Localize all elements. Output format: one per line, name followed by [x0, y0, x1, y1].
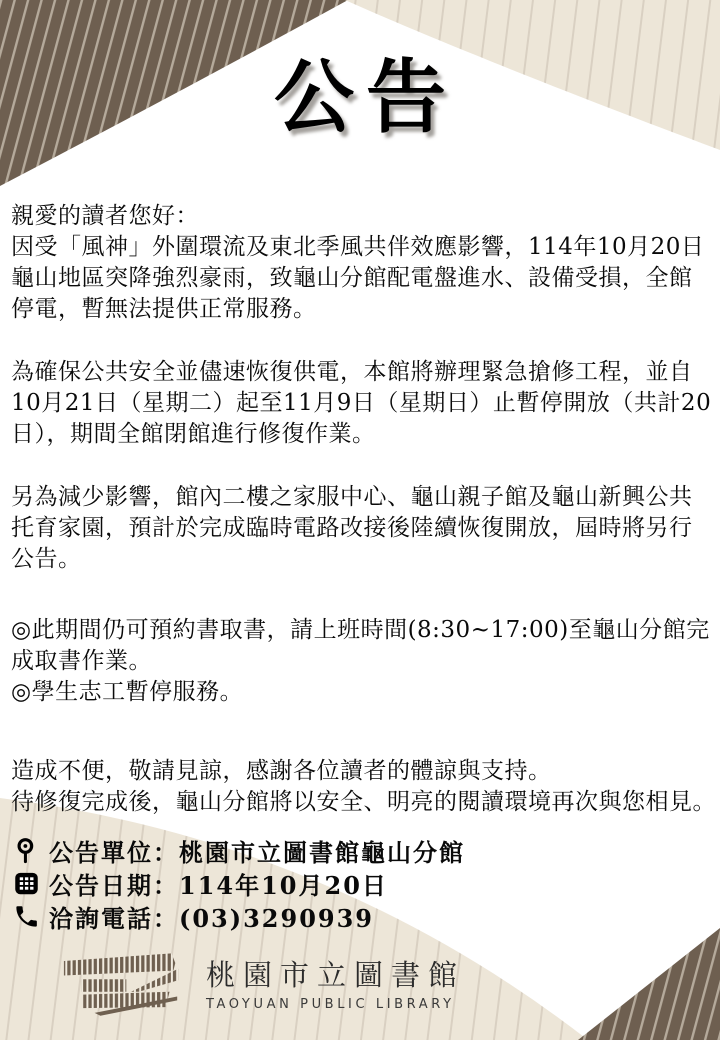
- body-line: 另為減少影響，館內二樓之家服中心、龜山親子館及龜山新興公共: [11, 482, 713, 513]
- body-line: 公告。: [11, 544, 713, 575]
- library-logo-text: 桃園市立圖書館 TAOYUAN PUBLIC LIBRARY: [206, 960, 465, 1012]
- phone-text: 洽詢電話：(03)3290939: [49, 899, 374, 934]
- phone-icon: [13, 903, 40, 930]
- library-name-zh: 桃園市立圖書館: [206, 960, 465, 992]
- paragraph: 親愛的讀者您好： 因受「風神」外圍環流及東北季風共伴效應影響，114年10月20…: [11, 201, 713, 325]
- library-logo-mark-icon: [62, 950, 182, 1022]
- location-pin-icon: [13, 837, 40, 864]
- body-line: 成取書作業。: [11, 646, 713, 677]
- library-name-en: TAOYUAN PUBLIC LIBRARY: [206, 997, 465, 1012]
- announcement-date-row: 公告日期：114年10月20日: [13, 867, 465, 900]
- body-line: 10月21日（星期二）起至11月9日（星期日）止暫停開放（共計20: [11, 388, 713, 419]
- announcement-date-text: 公告日期：114年10月20日: [49, 866, 388, 901]
- body-line: 停電，暫無法提供正常服務。: [11, 294, 713, 325]
- body-line: 親愛的讀者您好：: [11, 201, 713, 232]
- paragraph: ◎此期間仍可預約書取書，請上班時間(8:30~17:00)至龜山分館完 成取書作…: [11, 615, 713, 708]
- body-line: 待修復完成後，龜山分館將以安全、明亮的閱讀環境再次與您相見。: [11, 787, 713, 818]
- page-title: 公告: [0, 58, 720, 138]
- announcement-body: 親愛的讀者您好： 因受「風神」外圍環流及東北季風共伴效應影響，114年10月20…: [11, 201, 713, 850]
- calendar-icon: [13, 870, 40, 897]
- paragraph: 另為減少影響，館內二樓之家服中心、龜山親子館及龜山新興公共 托育家園，預計於完成…: [11, 482, 713, 575]
- body-line: ◎學生志工暫停服務。: [11, 677, 713, 708]
- body-line: 日），期間全館閉館進行修復作業。: [11, 419, 713, 450]
- announcement-poster: 公告 親愛的讀者您好： 因受「風神」外圍環流及東北季風共伴效應影響，114年10…: [0, 0, 720, 1040]
- announcing-unit-text: 公告單位：桃園市立圖書館龜山分館: [49, 833, 465, 868]
- body-line: 托育家園，預計於完成臨時電路改接後陸續恢復開放，屆時將另行: [11, 513, 713, 544]
- announcing-unit-row: 公告單位：桃園市立圖書館龜山分館: [13, 834, 465, 867]
- body-line: ◎此期間仍可預約書取書，請上班時間(8:30~17:00)至龜山分館完: [11, 615, 713, 646]
- body-line: 為確保公共安全並儘速恢復供電，本館將辦理緊急搶修工程，並自: [11, 357, 713, 388]
- paragraph: 為確保公共安全並儘速恢復供電，本館將辦理緊急搶修工程，並自 10月21日（星期二…: [11, 357, 713, 450]
- phone-row: 洽詢電話：(03)3290939: [13, 900, 465, 933]
- body-line: 龜山地區突降強烈豪雨，致龜山分館配電盤進水、設備受損，全館: [11, 263, 713, 294]
- contact-info: 公告單位：桃園市立圖書館龜山分館 公告日期：114年10月20日 洽詢電話：(0…: [13, 834, 465, 933]
- body-line: 造成不便，敬請見諒，感謝各位讀者的體諒與支持。: [11, 756, 713, 787]
- paragraph: 造成不便，敬請見諒，感謝各位讀者的體諒與支持。 待修復完成後，龜山分館將以安全、…: [11, 756, 713, 818]
- body-line: 因受「風神」外圍環流及東北季風共伴效應影響，114年10月20日: [11, 232, 713, 263]
- bottom-right-brown-wedge: [578, 928, 720, 1040]
- library-logo: 桃園市立圖書館 TAOYUAN PUBLIC LIBRARY: [62, 950, 465, 1022]
